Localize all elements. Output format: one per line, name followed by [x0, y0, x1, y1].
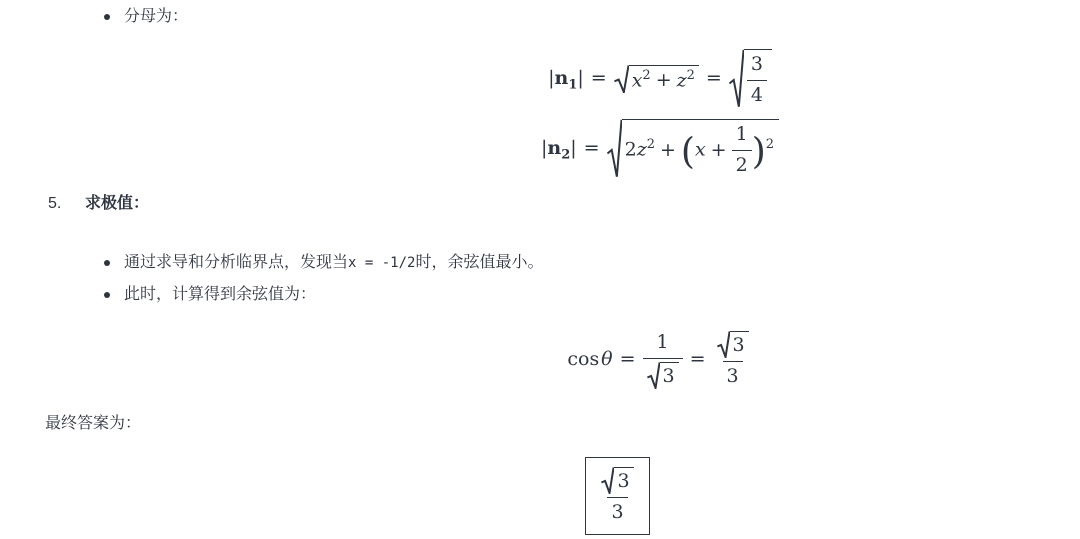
- list-item-denominator: 分母为：: [104, 5, 188, 29]
- radicand: 3: [614, 467, 633, 494]
- formula-n1: |n1|=x2+z2=34: [548, 49, 772, 109]
- abs-bar-right: |: [577, 67, 583, 89]
- denominator-label: 分母为：: [124, 5, 188, 29]
- fraction-one-half: 12: [732, 123, 752, 178]
- list-item-critical-point: 通过求导和分析临界点，发现当x = -1/2时，余弦值最小。: [104, 251, 543, 275]
- radical-icon: [729, 49, 744, 109]
- denominator: 2: [732, 150, 752, 178]
- denominator: 3: [607, 497, 627, 525]
- radicand: x2+z2: [629, 65, 699, 93]
- sqrt-three-fourths: 34: [729, 49, 772, 109]
- equals-sign: =: [577, 137, 607, 159]
- cosine-label: 此时，计算得到余弦值为：: [124, 283, 316, 307]
- sqrt-expression: 2z2+(x+12)2: [607, 119, 779, 179]
- sqrt-3: 3: [601, 467, 633, 494]
- bullet-icon: [104, 260, 110, 266]
- cos-function: cos: [567, 348, 599, 370]
- sqrt-x2-z2: x2+z2: [614, 65, 699, 93]
- fraction-sqrt3-over-3: 33: [597, 467, 637, 525]
- boxed-formula: 33: [597, 484, 637, 506]
- radicand: 3: [730, 331, 749, 358]
- numerator: 3: [713, 331, 753, 361]
- bullet-icon: [104, 14, 110, 20]
- radicand: 3: [660, 362, 679, 389]
- plus-sign: +: [706, 139, 732, 161]
- fraction-one-over-sqrt3: 13: [643, 331, 683, 389]
- sqrt-3: 3: [647, 362, 679, 389]
- formula-n1-block: |n1|=x2+z2=34: [128, 44, 1080, 114]
- vector-n: n: [547, 137, 561, 159]
- left-paren: (: [681, 132, 695, 173]
- var-x: x: [695, 139, 706, 161]
- denominator: 3: [723, 361, 743, 389]
- equals-sign: =: [613, 348, 643, 370]
- radical-icon: [601, 467, 614, 494]
- vector-n: n: [554, 67, 568, 89]
- fraction-sqrt3-over-3: 33: [713, 331, 753, 389]
- exponent: 2: [647, 137, 655, 152]
- right-paren: ): [752, 132, 766, 173]
- formula-n2-block: |n2|=2z2+(x+12)2: [128, 114, 1080, 184]
- numerator: 1: [732, 123, 752, 150]
- document-body: 分母为： |n1|=x2+z2=34 |n2|=2z2+(x+12)2 5. 求…: [0, 0, 1080, 539]
- numerator: 1: [653, 331, 673, 358]
- item-title: 求极值：: [85, 192, 149, 216]
- final-answer-block: 33: [45, 459, 1080, 533]
- denominator: 4: [747, 80, 767, 108]
- fraction: 34: [747, 53, 767, 108]
- numerator: 3: [747, 53, 767, 80]
- equals-sign: =: [683, 348, 713, 370]
- radical-icon: [614, 65, 629, 93]
- numerator: 3: [597, 467, 637, 497]
- var-z: z: [637, 139, 647, 161]
- radical-icon: [717, 331, 730, 358]
- text-prefix: 通过求导和分析临界点，发现当: [124, 254, 348, 271]
- formula-n2: |n2|=2z2+(x+12)2: [541, 119, 779, 179]
- plus-sign: +: [651, 69, 677, 91]
- radicand: 2z2+(x+12)2: [622, 119, 779, 179]
- plus-sign: +: [655, 139, 681, 161]
- formula-cos-block: cos θ=13=33: [128, 326, 1080, 394]
- critical-point-text: 通过求导和分析临界点，发现当x = -1/2时，余弦值最小。: [124, 251, 543, 275]
- sqrt-3: 3: [717, 331, 749, 358]
- abs-bar-right: |: [570, 137, 576, 159]
- inline-code-x-value: x = -1/2: [348, 255, 415, 271]
- item-number: 5.: [48, 192, 85, 216]
- list-item-cosine: 此时，计算得到余弦值为：: [104, 283, 316, 307]
- equals-sign: =: [699, 67, 729, 89]
- radical-icon: [607, 119, 622, 179]
- var-x: x: [632, 69, 643, 91]
- exponent: 2: [642, 68, 650, 83]
- final-answer-label: 最终答案为：: [45, 412, 141, 436]
- radicand: 34: [744, 49, 772, 109]
- vector-n-subscript: 1: [568, 78, 577, 93]
- bullet-icon: [104, 292, 110, 298]
- var-z: z: [677, 69, 687, 91]
- equals-sign: =: [584, 67, 614, 89]
- ordered-item-5: 5. 求极值：: [48, 192, 149, 216]
- denominator: 3: [643, 358, 683, 389]
- vector-n-subscript: 2: [561, 148, 570, 163]
- radical-icon: [647, 362, 660, 389]
- formula-cos: cos θ=13=33: [567, 331, 752, 389]
- var-theta: θ: [601, 348, 612, 370]
- answer-box: 33: [585, 457, 649, 535]
- text-suffix: 时，余弦值最小。: [415, 254, 543, 271]
- exponent: 2: [687, 68, 695, 83]
- exponent: 2: [766, 137, 774, 152]
- coefficient-2: 2: [625, 139, 637, 161]
